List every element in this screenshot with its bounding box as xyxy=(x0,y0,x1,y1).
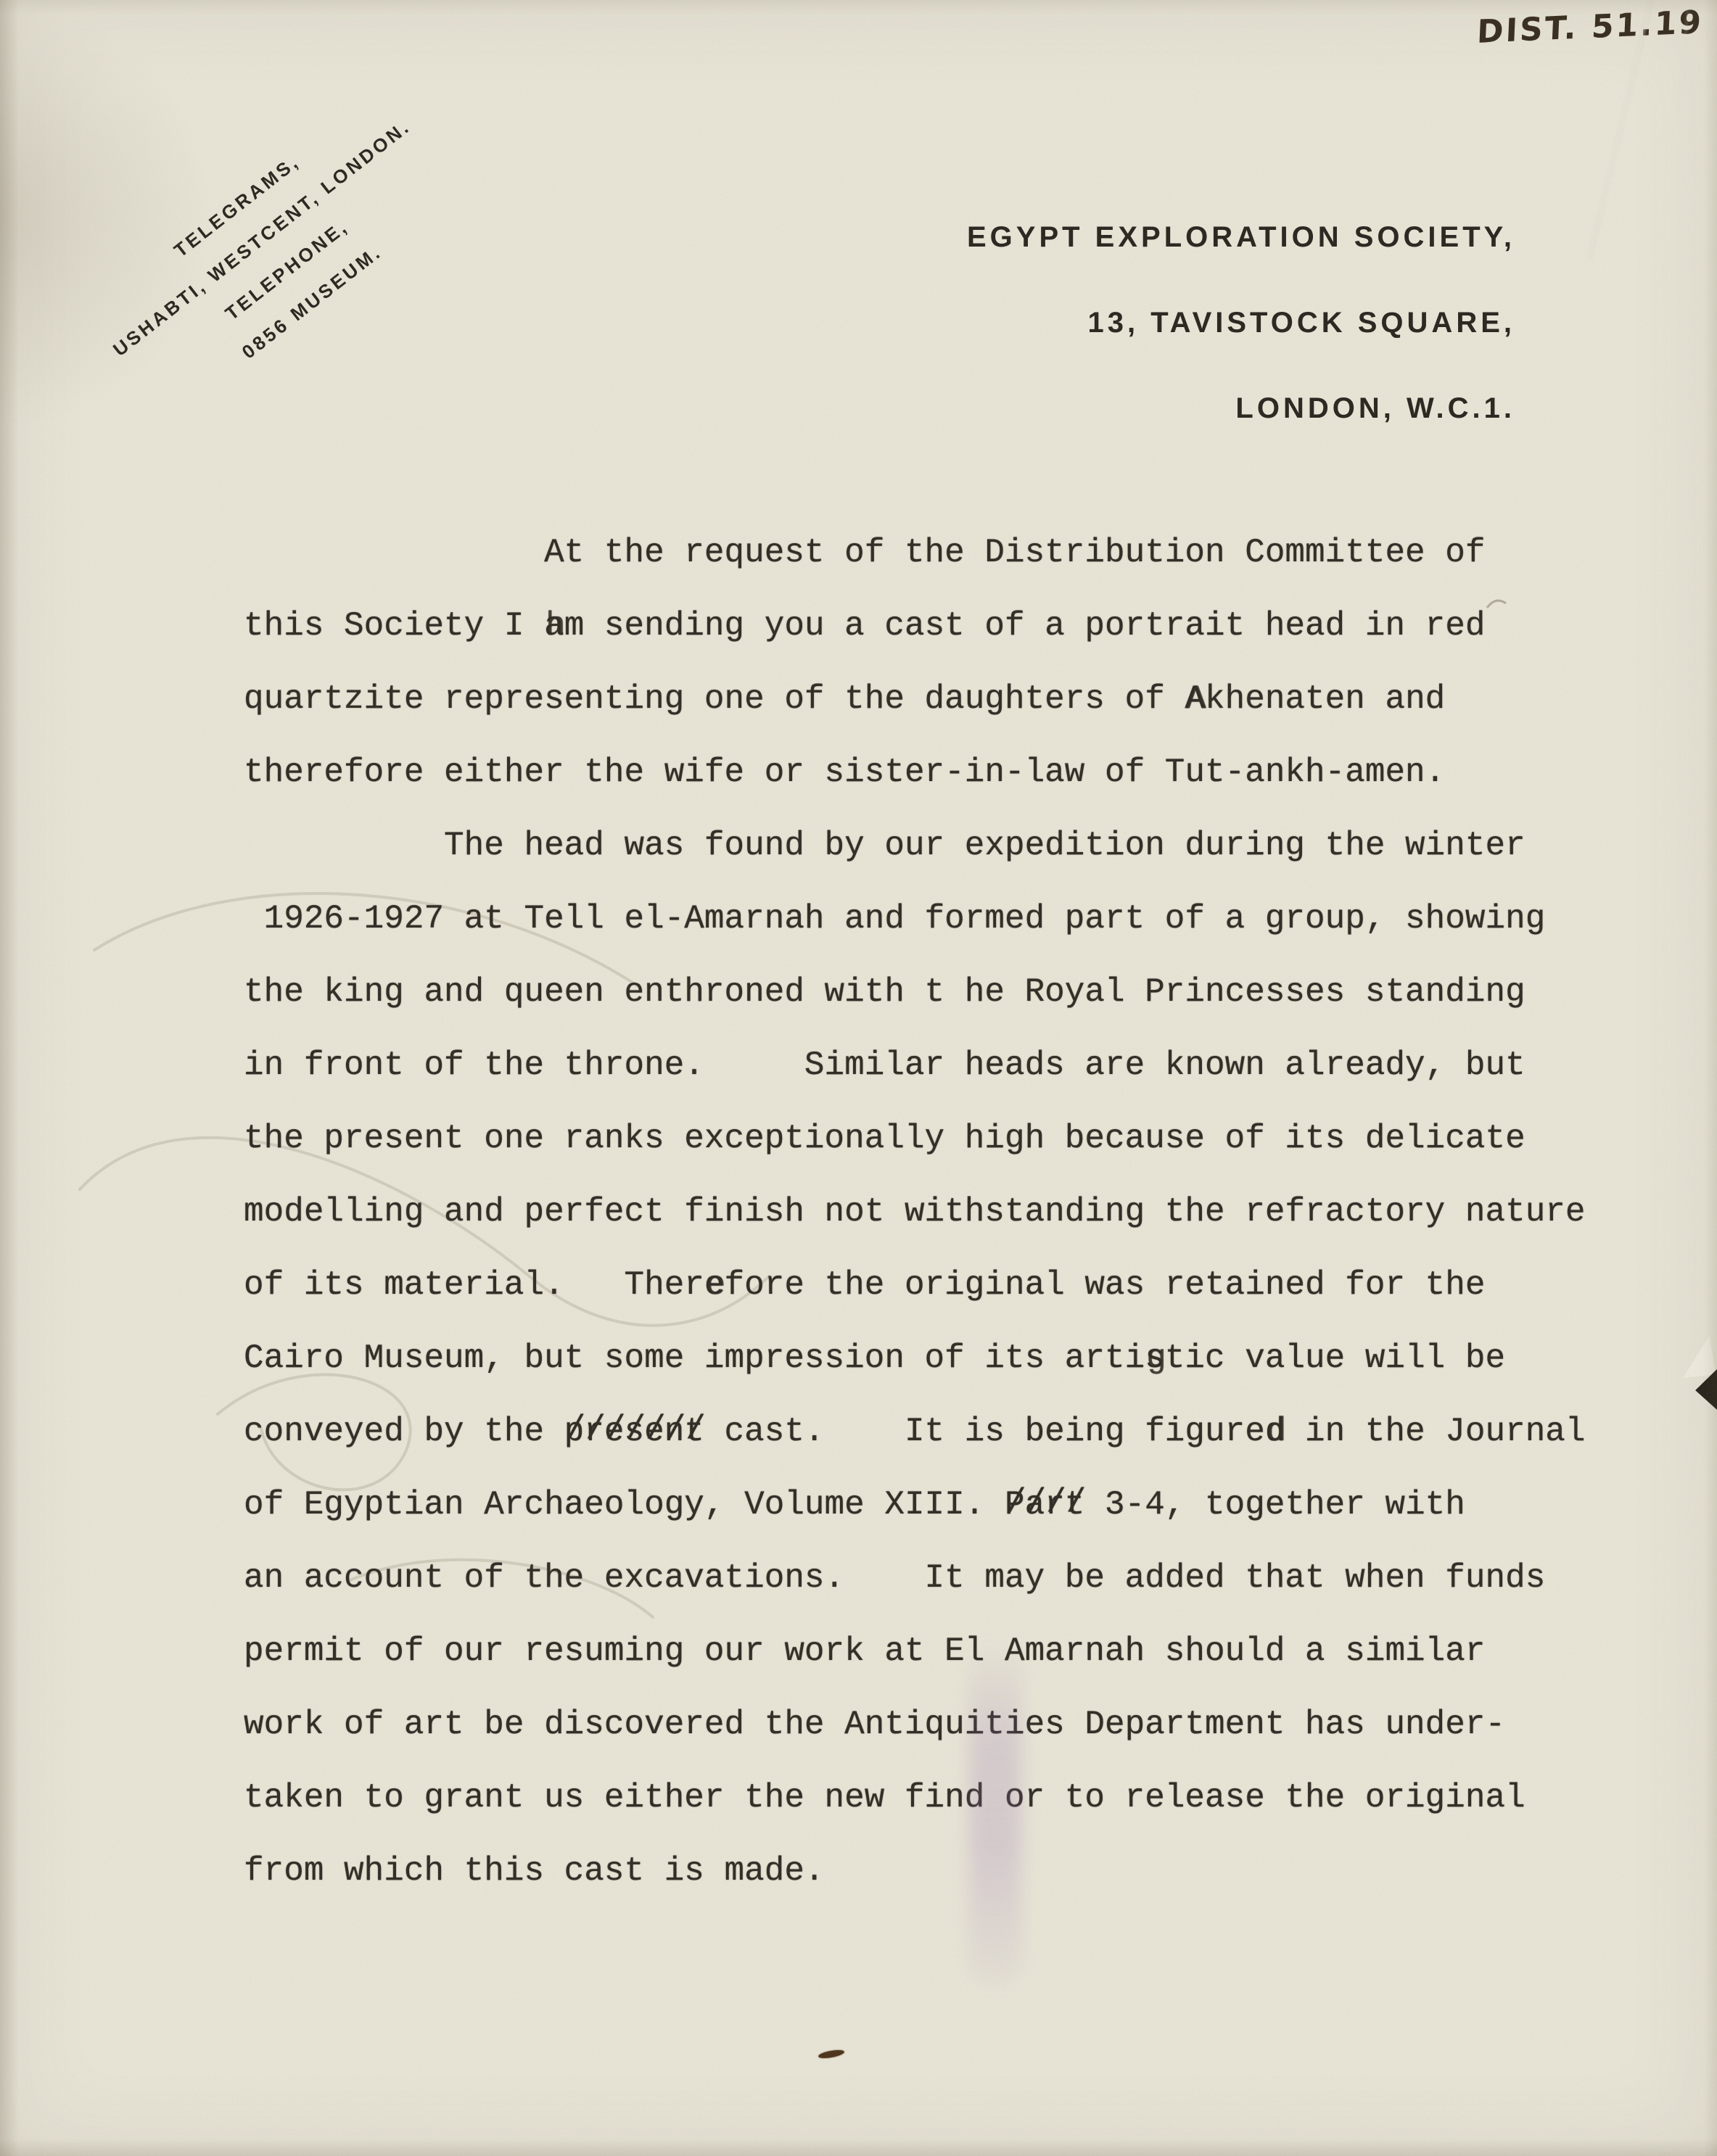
typed-line: permit of our resuming our work at El Am… xyxy=(244,1615,1586,1688)
overtyped-char: a xyxy=(544,590,564,663)
handwritten-reference-number: DIST. 51.19 xyxy=(1476,4,1704,51)
overtyped-char: e xyxy=(704,1249,725,1322)
struck-word: present xyxy=(564,1395,704,1469)
overtyped-char: A xyxy=(1185,663,1205,736)
typed-line: of Egyptian Archaeology, Volume XIII. Pa… xyxy=(244,1469,1586,1542)
struck-word: Part xyxy=(1005,1469,1084,1542)
paper-tear-flap xyxy=(1679,1336,1716,1379)
typed-line: from which this cast is made. xyxy=(244,1835,1586,1908)
typed-line: quartzite representing one of the daught… xyxy=(244,663,1586,736)
typed-line: an account of the excavations. It may be… xyxy=(244,1542,1586,1615)
overtyped-char: s xyxy=(1145,1322,1165,1395)
letterhead: EGYPT EXPLORATION SOCIETY, 13, TAVISTOCK… xyxy=(967,194,1515,451)
typed-line: taken to grant us either the new find or… xyxy=(244,1761,1586,1835)
typed-line: Cairo Museum, but some impression of its… xyxy=(244,1322,1586,1395)
typed-line: therefore either the wife or sister-in-l… xyxy=(244,736,1586,809)
ink-fleck xyxy=(818,2049,844,2060)
typed-line: the king and queen enthroned with t he R… xyxy=(244,956,1586,1029)
typed-line: this Society I am sending you a cast of … xyxy=(244,590,1586,663)
typed-line: At the request of the Distribution Commi… xyxy=(244,516,1586,590)
typed-line: modelling and perfect finish not withsta… xyxy=(244,1176,1586,1249)
typed-line: The head was found by our expedition dur… xyxy=(244,809,1586,883)
typed-line: 1926-1927 at Tell el-Amarnah and formed … xyxy=(244,883,1586,956)
scanned-letter-page: DIST. 51.19 TELEGRAMS, USHABTI, WESTCENT… xyxy=(0,0,1717,2156)
typed-line: the present one ranks exceptionally high… xyxy=(244,1102,1586,1176)
telegraph-stamp: TELEGRAMS, USHABTI, WESTCENT, LONDON. TE… xyxy=(70,70,478,439)
typed-line: work of art be discovered the Antiquitie… xyxy=(244,1688,1586,1761)
letterhead-society-name: EGYPT EXPLORATION SOCIETY, xyxy=(967,194,1515,280)
letterhead-street-address: 13, TAVISTOCK SQUARE, xyxy=(967,280,1515,365)
letterhead-city: LONDON, W.C.1. xyxy=(967,365,1515,451)
typed-line: in front of the throne. Similar heads ar… xyxy=(244,1029,1586,1102)
overtyped-char: d xyxy=(1265,1395,1285,1469)
typed-line: of its material. Therefore the original … xyxy=(244,1249,1586,1322)
typed-line: conveyed by the present cast. It is bein… xyxy=(244,1395,1586,1469)
letter-body: At the request of the Distribution Commi… xyxy=(244,516,1586,1908)
